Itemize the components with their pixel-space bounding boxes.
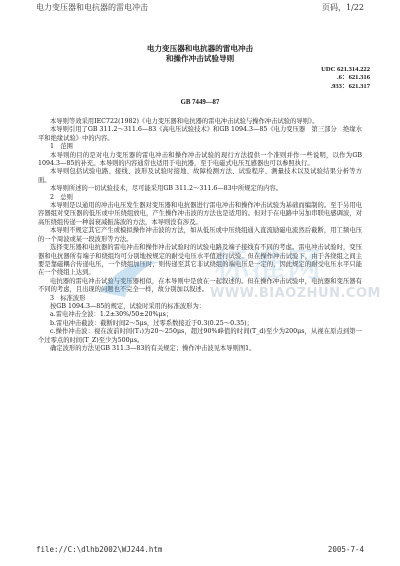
standard-number: GB 7449—87: [0, 99, 400, 106]
udc-line: UDC 621.314.222: [321, 66, 370, 74]
paragraph: 本导则包括试验电路、接线、波形及试验时接地、故障检测方法、试验程序、测量技术以及…: [38, 168, 362, 185]
list-item: b.雷电冲击截波：截断时间2～5μs，过零系数接近于0.3(0.25～0.35)…: [38, 320, 362, 328]
udc-line: .933：621.317: [321, 83, 370, 91]
title-line-2: 和操作冲击试验导则: [0, 54, 400, 64]
document-title: 电力变压器和电抗器的雷电冲击 和操作冲击试验导则: [0, 44, 400, 64]
print-date: 2005-7-4: [328, 545, 364, 554]
udc-line: .6：621.316: [321, 74, 370, 82]
page-footer: file://C:\dlhb2002\WJ244.htm 2005-7-4: [36, 545, 364, 557]
paragraph: 本导则所述的一切试验技术，尽可能采用GB 311.2～311.6—83中所规定的…: [38, 185, 362, 193]
udc-classification: UDC 621.314.222 .6：621.316 .933：621.317: [321, 66, 370, 91]
list-item: a.雷电冲击全波：1.2±30%/50±20%μs；: [38, 311, 362, 319]
watermark-chinese: 标准网: [215, 238, 323, 287]
watermark-logo-icon: [95, 252, 165, 302]
paragraph: 确定波形的方法见GB 311.3—83的有关规定；操作冲击波见本导则图1。: [38, 345, 362, 353]
page-header: 电力变压器和电抗器的雷电冲击 页码，1/22: [36, 2, 364, 14]
watermark-url: WWW.BIAOZHUN.COM: [210, 286, 381, 301]
paragraph: 本导则是以通用的冲击电压发生器对变压器和电抗器进行雷电冲击和操作冲击试验为基础而…: [38, 202, 362, 227]
file-path: file://C:\dlhb2002\WJ244.htm: [36, 545, 162, 554]
document-body: 本导则等效采用IEC722(1982)《电力变压器和电抗器的雷电冲击试验与操作冲…: [38, 110, 362, 353]
page-number: 页码，1/22: [322, 2, 364, 13]
section-heading-general: 2 总则: [38, 194, 362, 202]
title-line-1: 电力变压器和电抗器的雷电冲击: [0, 44, 400, 54]
list-item: c.操作冲击波：视在波前时间(T₁)为20～250μs，超过90%峰值的时间(T…: [38, 328, 362, 345]
header-title: 电力变压器和电抗器的雷电冲击: [36, 2, 148, 13]
section-heading-scope: 1 范围: [38, 143, 362, 151]
paragraph: 本导则引用了GB 311.2～311.6—83《高电压试验技术》和GB 1094…: [38, 126, 362, 143]
paragraph: 本导则的目的是对电力变压器的雷电冲击和操作冲击试验的现行方法提供一个准则并作一些…: [38, 152, 362, 169]
